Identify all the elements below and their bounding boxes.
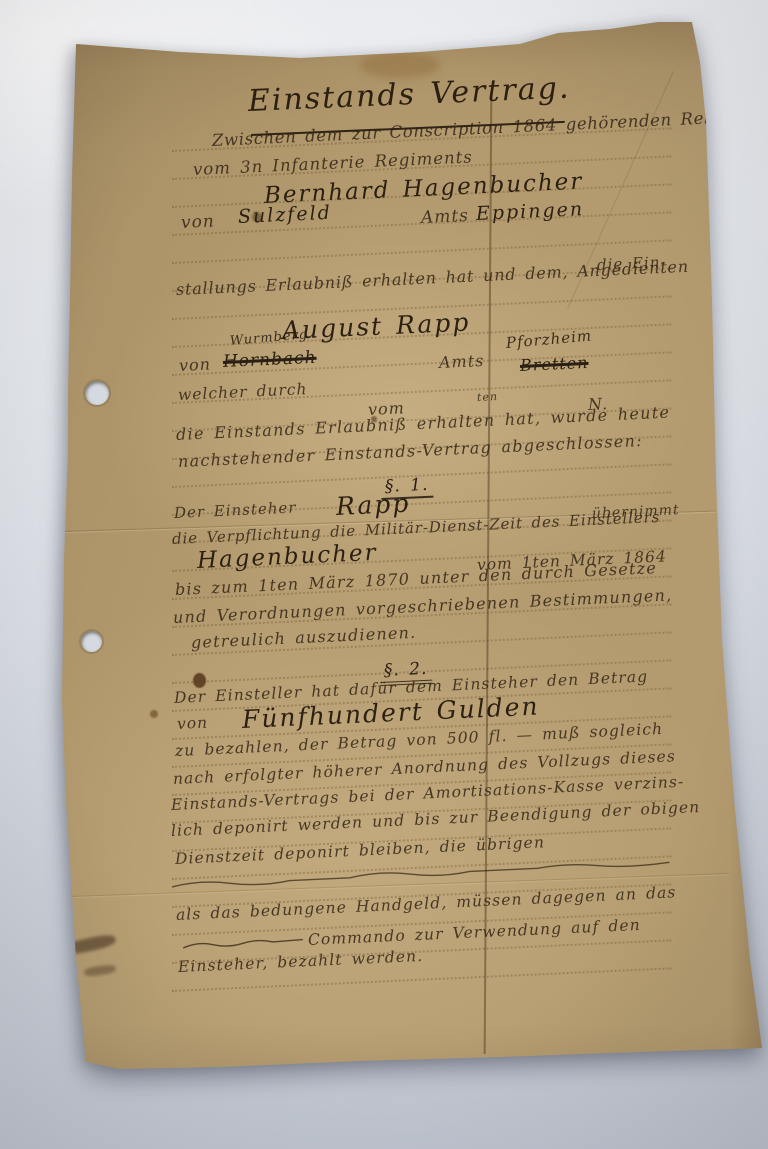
body-line-6: welcher durch bbox=[178, 380, 308, 404]
paper-stain bbox=[193, 673, 206, 688]
substitute-amts-label: Amts bbox=[439, 351, 485, 372]
photo-background: Einstands Vertrag. Zwischen dem zur Cons… bbox=[0, 0, 768, 1149]
punch-hole-lower bbox=[81, 631, 102, 652]
substitute-von-label: von bbox=[179, 355, 212, 375]
ink-smudge bbox=[84, 964, 117, 977]
punch-hole-upper bbox=[85, 381, 109, 405]
ink-smudge bbox=[63, 933, 117, 957]
inserted-place: Wurmberg bbox=[229, 327, 308, 349]
recruit-von-label: von bbox=[181, 211, 216, 233]
paper-shadow-wrap: Einstands Vertrag. Zwischen dem zur Cons… bbox=[0, 0, 768, 1149]
paper-stain bbox=[360, 52, 440, 78]
body-line-17-von: von bbox=[177, 714, 209, 733]
body-line-4: stallungs Erlaubniß erhalten hat und dem… bbox=[176, 257, 690, 299]
struck-place: Hornbach bbox=[223, 348, 317, 372]
struck-amt-place: Bretten bbox=[520, 353, 589, 375]
title: Einstands Vertrag. bbox=[247, 71, 571, 119]
blank-ten: ten bbox=[477, 390, 499, 404]
recruit-amt-place: Eppingen bbox=[476, 198, 585, 225]
paper-stain bbox=[150, 710, 158, 718]
body-line-10b-rapp: Rapp bbox=[335, 489, 411, 521]
blank-dash-flourish bbox=[183, 934, 305, 952]
body-line-25: Einsteher, bezahlt werden. bbox=[178, 947, 424, 976]
recruit-amts-label: Amts bbox=[421, 206, 470, 228]
body-line-10a: Der Einsteher bbox=[174, 498, 297, 522]
intro-line-2: vom 3n Infanterie Regiments bbox=[193, 147, 474, 179]
recruit-place: Sulzfeld bbox=[238, 202, 333, 228]
document-paper: Einstands Vertrag. Zwischen dem zur Cons… bbox=[0, 0, 768, 1149]
